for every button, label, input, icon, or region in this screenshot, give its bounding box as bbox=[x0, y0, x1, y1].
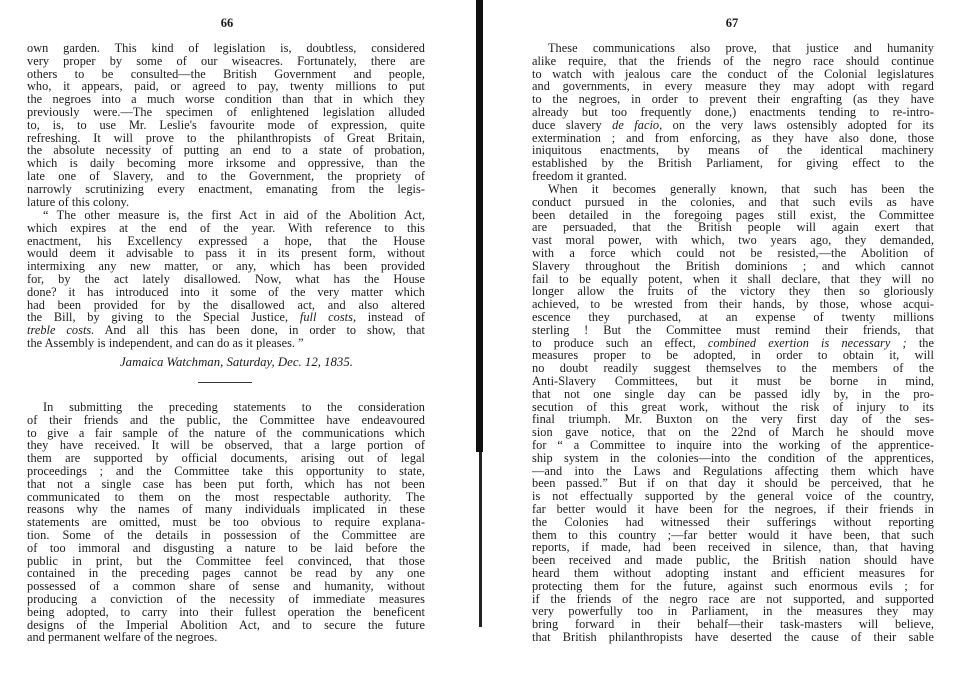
text-line: lature of this colony. bbox=[27, 196, 425, 209]
text-line: producing a conviction of the necessity … bbox=[27, 593, 425, 606]
book-gutter bbox=[476, 0, 483, 452]
text-block-right-2: When it becomes generally known, that su… bbox=[532, 183, 934, 644]
text-run: on the very laws ostensibly adopted for … bbox=[662, 118, 934, 132]
text-line: heard them without adopting instant and … bbox=[532, 567, 934, 580]
text-line: ship system in the colonies—into the con… bbox=[532, 452, 934, 465]
italic-run: de facio, bbox=[612, 118, 662, 132]
text-line: being adopted, to carry into their fulle… bbox=[27, 606, 425, 619]
text-line: which expires at the end of the year. Wi… bbox=[27, 222, 425, 235]
text-line: of their friends and the public, the Com… bbox=[27, 414, 425, 427]
text-line: previously were.—The specimen of enlight… bbox=[27, 106, 425, 119]
text-line: very proper by some of our wiseacres. Fo… bbox=[27, 55, 425, 68]
text-line: escence they purchased, at an expense of… bbox=[532, 311, 934, 324]
text-line: is not effectually supported by the gene… bbox=[532, 490, 934, 503]
text-run: duce slavery bbox=[532, 118, 612, 132]
text-line: done? it has introduced into it some of … bbox=[27, 286, 425, 299]
book-gutter-lower bbox=[479, 452, 482, 627]
text-line: the Assembly is independent, and can do … bbox=[27, 337, 425, 350]
text-line: alike require, that the friends of the n… bbox=[532, 55, 934, 68]
text-line: with a force which could not be resisted… bbox=[532, 247, 934, 260]
section-separator bbox=[198, 382, 252, 383]
right-page: 67 These communications also prove, that… bbox=[490, 0, 980, 680]
text-line: Slavery throughout the British dominions… bbox=[532, 260, 934, 273]
page-number: 66 bbox=[197, 16, 257, 31]
text-line: proceedings ; and the Committee take thi… bbox=[27, 465, 425, 478]
text-line: for “ a Committee to inquire into the wo… bbox=[532, 439, 934, 452]
text-line: protecting them for the future, against … bbox=[532, 580, 934, 593]
left-page: 66 own garden. This kind of legislation … bbox=[0, 0, 470, 680]
text-block-left-3: In submitting the preceding statements t… bbox=[27, 401, 425, 644]
text-line: In submitting the preceding statements t… bbox=[27, 401, 425, 414]
text-line: narrowly scrutinizing every enactment, e… bbox=[27, 183, 425, 196]
text-line: that British philanthropists have desert… bbox=[532, 631, 934, 644]
text-line: and permanent welfare of the negroes. bbox=[27, 631, 425, 644]
text-line: that not a single case has been put fort… bbox=[27, 478, 425, 491]
text-block-right-1: These communications also prove, that ju… bbox=[532, 42, 934, 183]
text-block-left-1: own garden. This kind of legislation is,… bbox=[27, 42, 425, 208]
gutter-mark bbox=[477, 338, 483, 344]
text-line: “ The other measure is, the first Act in… bbox=[27, 209, 425, 222]
text-line: the Colonies had witnessed their sufferi… bbox=[532, 516, 934, 529]
text-line: been received and made public, the Briti… bbox=[532, 554, 934, 567]
text-line: freedom it granted. bbox=[532, 170, 934, 183]
text-line: that not one single day can be passed id… bbox=[532, 388, 934, 401]
text-line: far better would it have been for the ne… bbox=[532, 503, 934, 516]
text-line: late one of Slavery, and to the Governme… bbox=[27, 170, 425, 183]
quote-attribution: Jamaica Watchman, Saturday, Dec. 12, 183… bbox=[120, 355, 353, 370]
text-line: When it becomes generally known, that su… bbox=[532, 183, 934, 196]
text-line: of too immoral and disgusting a nature t… bbox=[27, 542, 425, 555]
text-line: to, is, to use Mr. Leslie's favourite mo… bbox=[27, 119, 425, 132]
text-line: own garden. This kind of legislation is,… bbox=[27, 42, 425, 55]
text-line: tion. Some of the details in possession … bbox=[27, 529, 425, 542]
text-line: conduct pursued in the colonies, and tha… bbox=[532, 196, 934, 209]
quoted-block: “ The other measure is, the first Act in… bbox=[27, 209, 425, 350]
text-line: bring forward in their behalf—their task… bbox=[532, 618, 934, 631]
text-line: Anti-Slavery Committees, but it must be … bbox=[532, 375, 934, 388]
text-line: duce slavery de facio, on the very laws … bbox=[532, 119, 934, 132]
text-line: These communications also prove, that ju… bbox=[532, 42, 934, 55]
text-line: for, by the act lately disallowed. Now, … bbox=[27, 273, 425, 286]
page-number: 67 bbox=[702, 16, 762, 31]
